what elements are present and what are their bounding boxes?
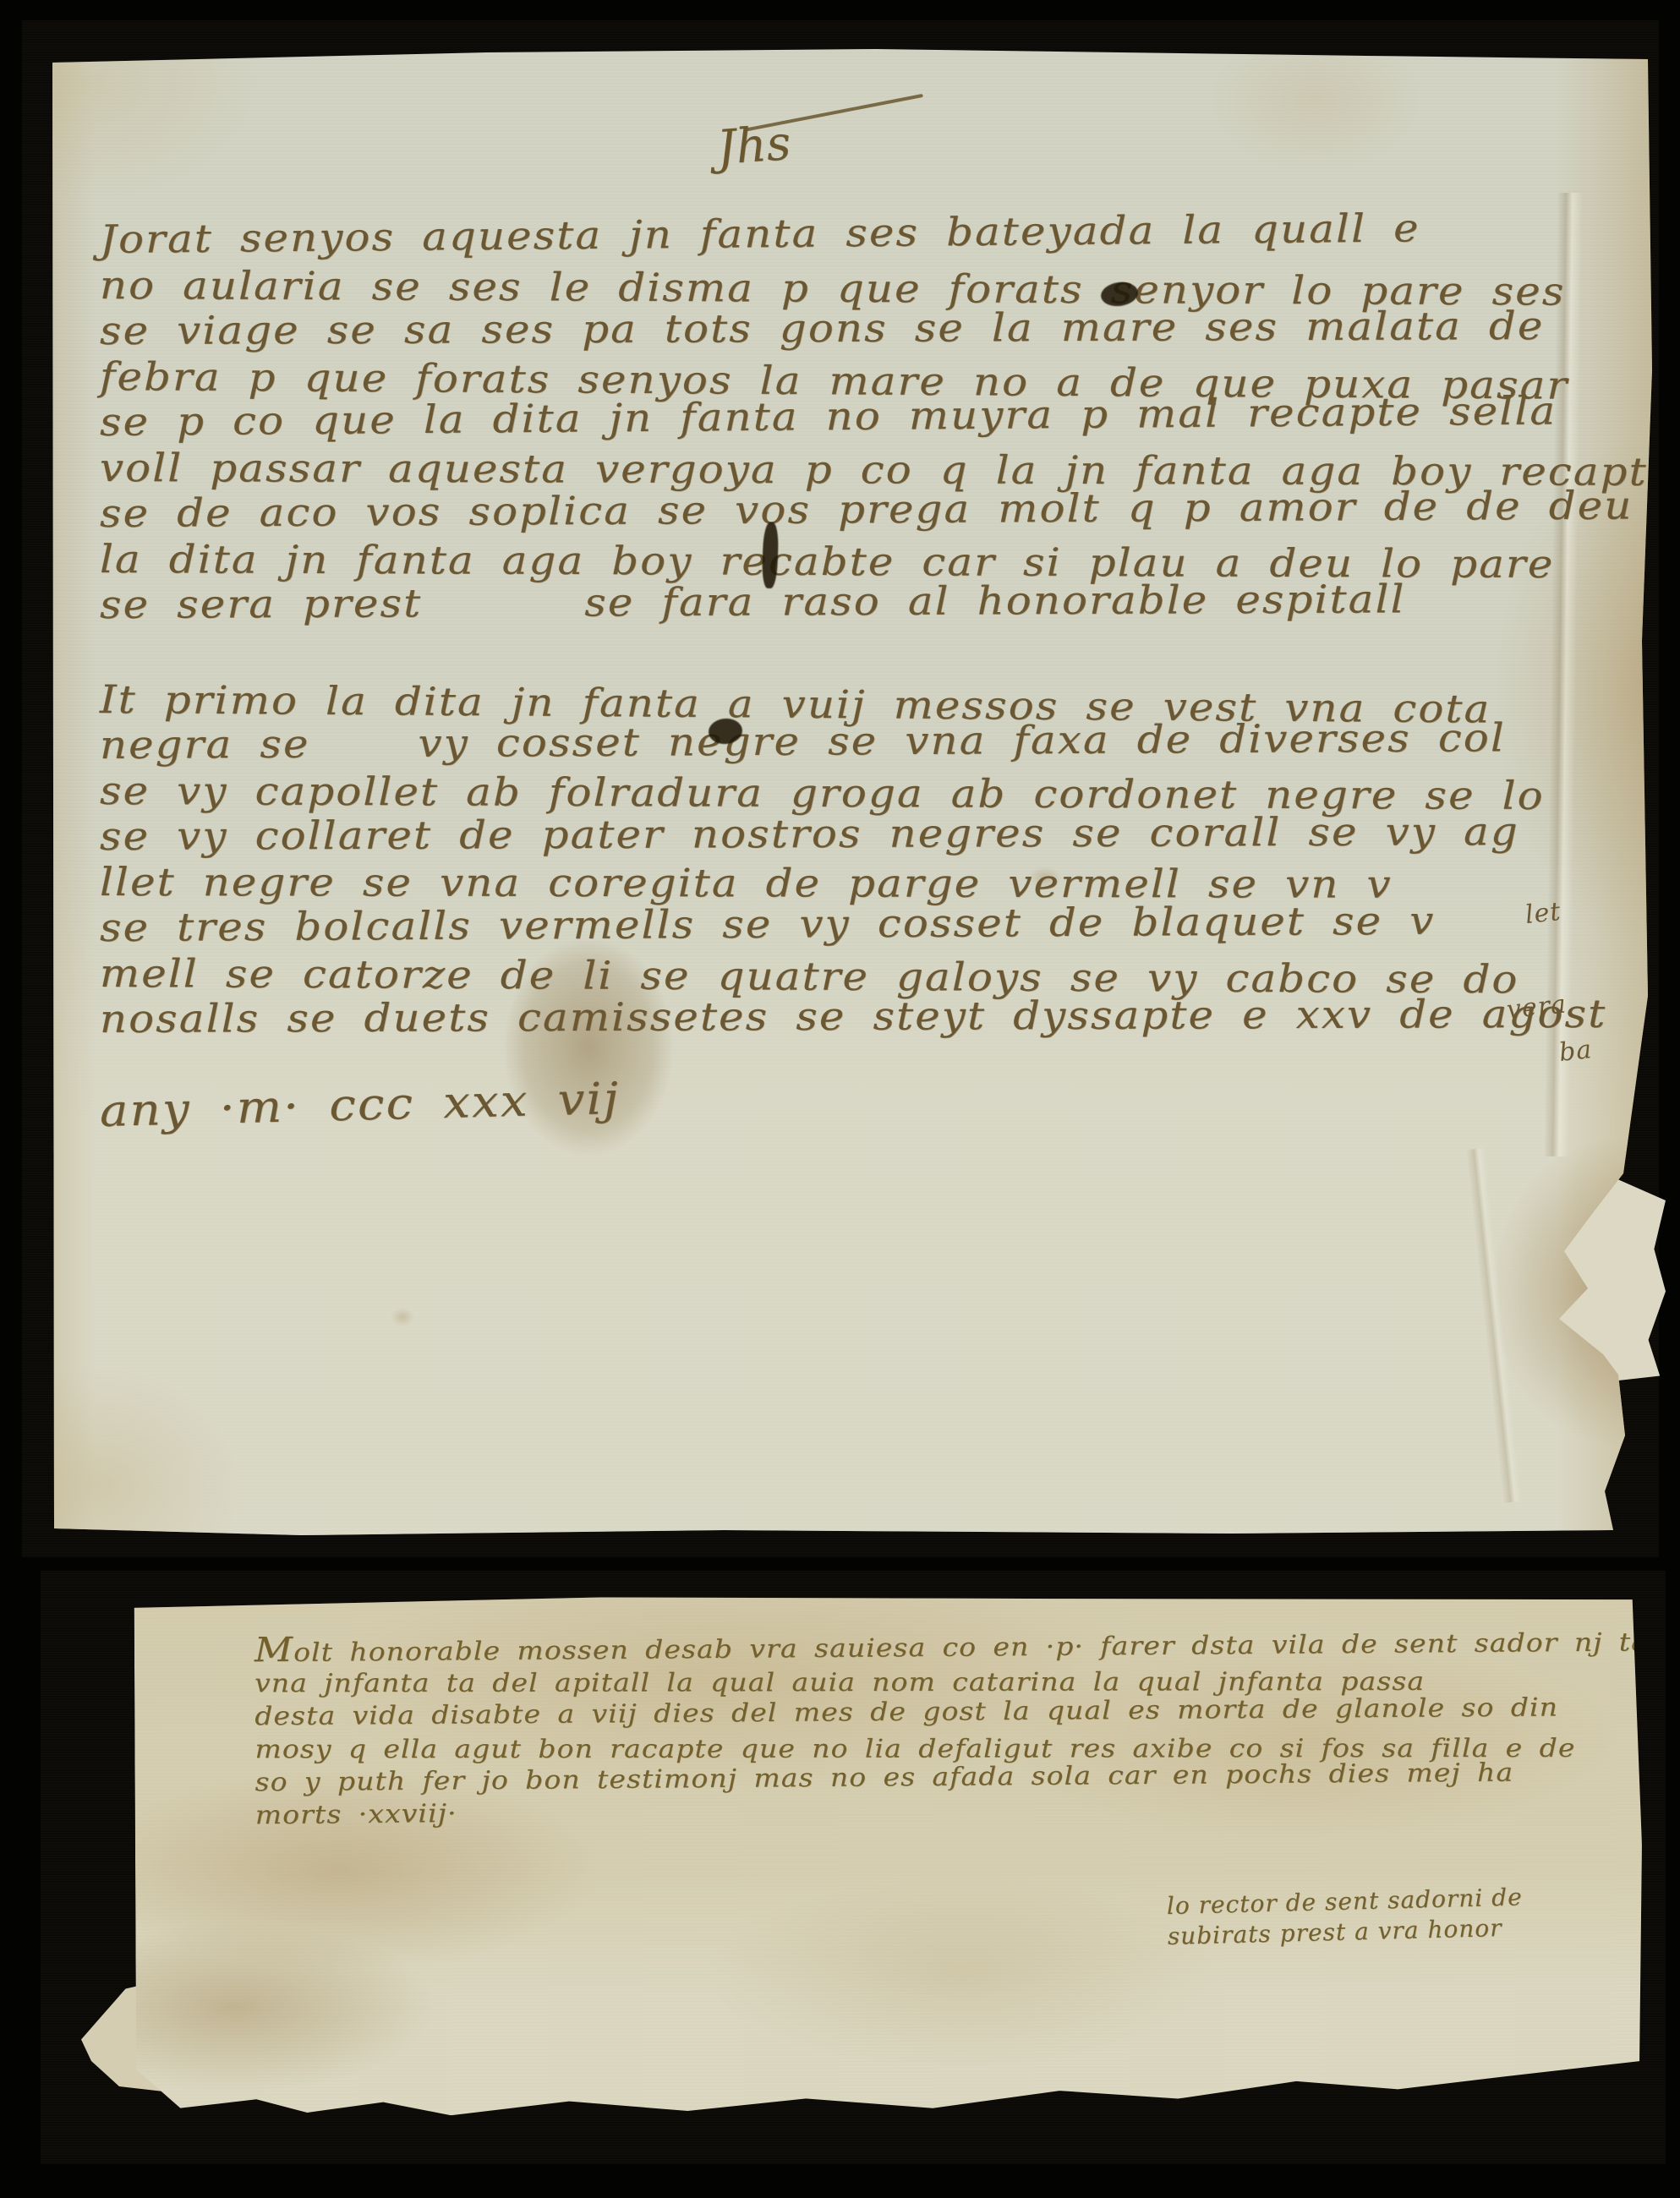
bottom-manuscript-sheet: Molt honorable mossen desab vra sauiesa … (128, 1591, 1645, 2124)
jhs-monogram: Jhs (715, 116, 793, 176)
bottom-letter-text-block: Molt honorable mossen desab vra sauiesa … (254, 1628, 1625, 1832)
manuscript-line: Molt honorable mossen desab vra sauiesa … (254, 1622, 1680, 1667)
manuscript-line: se vy collaret de pater nostros negres s… (100, 807, 1680, 859)
manuscript-date-line: any ·m· ccc xxx vij (99, 1048, 1680, 1135)
manuscript-line: Jorat senyos aquesta jn fanta ses bateya… (100, 202, 1680, 262)
top-letter-text-block: Jorat senyos aquesta jn fanta ses bateya… (100, 216, 1630, 1135)
manuscript-line: se sera prest se fara raso al honorable … (100, 574, 1680, 627)
superscript-note: let (1524, 897, 1562, 930)
signature-block: lo rector de sent sadorni de subirats pr… (1166, 1882, 1524, 1952)
manuscript-line: se de aco vos soplica se vos prega molt … (100, 482, 1680, 536)
manuscript-line: se viage se sa ses pa tots gons se la ma… (100, 302, 1680, 353)
top-manuscript-sheet: Jhs Jorat senyos aquesta jn fanta ses ba… (47, 49, 1654, 1535)
manuscript-photo: Jhs Jorat senyos aquesta jn fanta ses ba… (0, 0, 1680, 2198)
paper-crease (1466, 1148, 1522, 1503)
superscript-note: vera (1505, 989, 1568, 1025)
manuscript-line: negra se vy cosset negre se vna faxa de … (100, 714, 1680, 768)
superscript-note: ba (1557, 1035, 1594, 1068)
manuscript-line: se tres bolcalls vermells se vy cosset d… (100, 896, 1680, 950)
manuscript-line: nosalls se duets camissetes se steyt dys… (100, 990, 1680, 1042)
